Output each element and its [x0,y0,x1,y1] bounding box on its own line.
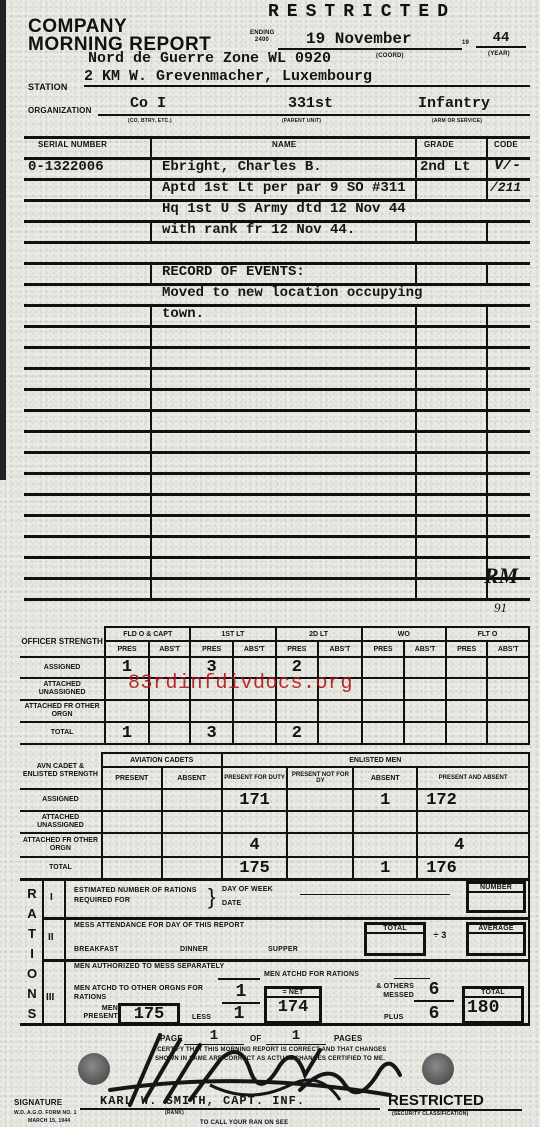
less-label: LESS [192,1014,211,1021]
row-label: ATTACHED UNASSIGNED [20,811,102,833]
cell [287,811,353,833]
cell [162,789,222,811]
grid-rule [24,367,530,370]
punch-hole-right [422,1053,454,1085]
cell [318,700,362,722]
cell [162,811,222,833]
signatory-name: KARL W. SMITH, CAPT. INF. [80,1094,380,1110]
cell [287,833,353,857]
header-serial-number: SERIAL NUMBER [38,140,107,149]
cell [487,722,529,744]
grid-divider [150,159,152,178]
cell [487,657,529,678]
sub-pres: PRES [362,641,405,657]
date-label: DATE [222,900,241,907]
cell: 4 [417,833,529,857]
grid-divider [150,516,152,535]
cell: 1 [353,789,417,811]
grid-divider [415,579,417,598]
cell [162,857,222,879]
grid-divider [486,159,488,178]
cell: 1 [353,857,417,879]
grid-divider [415,264,417,283]
classification-sublabel: (SECURITY CLASSIFICATION) [392,1111,468,1117]
cell: 175 [222,857,288,879]
grid-rule [24,577,530,580]
sub-abst: ABS'T [233,641,276,657]
rations-side-letter: I [26,944,38,964]
form-date: MARCH 15, 1944 [28,1118,70,1124]
cell [404,657,446,678]
enlisted-strength-table: AVN CADET & ENLISTED STRENGTH AVIATION C… [20,752,530,880]
cell [190,700,233,722]
scan-edge [0,0,6,480]
rations-side-letter: S [26,1004,38,1024]
grid-divider [486,453,488,472]
entry-remark-1: Aptd 1st Lt per par 9 SO #311 [162,180,406,196]
grid-rule [24,472,530,475]
supper-label: SUPPER [268,946,298,953]
margin-number: 91 [494,600,507,616]
report-date: 19 November [278,30,462,50]
row-label: ASSIGNED [20,657,105,678]
cell [222,811,288,833]
cell [362,657,405,678]
cell [362,700,405,722]
number-box: NUMBER [466,881,526,913]
entry-code-2: /211 [490,180,521,195]
grid-rule [24,451,530,454]
atchd-other-value: 1 [222,982,260,1004]
entry-code: V/- [494,157,521,174]
rations-side-letter: N [26,984,38,1004]
grid-rule [24,493,530,496]
entry-name: Ebright, Charles B. [162,159,322,175]
sub-present-not-for-duty: PRESENT NOT FOR DY [287,767,353,789]
grid-divider [415,390,417,409]
cell [276,700,319,722]
grid-rule [24,346,530,349]
org-arm-sublabel: (ARM OR SERVICE) [432,118,482,124]
cell [362,678,405,700]
cell [446,657,488,678]
grid-divider [486,390,488,409]
group-flt-o: FLT O [446,627,529,641]
classification-bottom: RESTRICTED [388,1092,522,1111]
cell [318,722,362,744]
grid-divider [486,474,488,493]
year-sublabel: (YEAR) [488,51,510,57]
enlisted-strength-title: AVN CADET & ENLISTED STRENGTH [20,753,102,789]
sub-absent: ABSENT [162,767,222,789]
grid-rule [24,241,530,244]
cell [102,811,162,833]
grid-divider [415,222,417,241]
cell [287,789,353,811]
org-company-sublabel: (CO, BTRY, ETC.) [128,118,172,124]
enlisted-row-assigned: ASSIGNED 171 1 172 [20,789,529,811]
group-1st-lt: 1ST LT [190,627,275,641]
row-label: ATTACHED FR OTHER ORGN [20,833,102,857]
grid-divider [150,495,152,514]
row-label: TOTAL [20,722,105,744]
day-of-week-line [300,894,450,895]
grid-divider [415,516,417,535]
grid-divider [415,432,417,451]
atchd-for-rations-line [394,978,430,979]
cell: 2 [276,722,319,744]
grid-divider [415,348,417,367]
grid-divider [486,495,488,514]
grid-divider [150,306,152,325]
grid-divider [150,411,152,430]
cell: 1 [105,722,149,744]
cell [487,700,529,722]
mess-separately-line [218,978,260,980]
number-box-label: NUMBER [469,884,523,893]
group-enlisted-men: ENLISTED MEN [222,753,529,767]
sub-abst: ABS'T [318,641,362,657]
entry-grade: 2nd Lt [420,159,470,175]
cell [287,857,353,879]
cell: 4 [222,833,288,857]
atchd-for-rations-value: 6 [414,980,454,1002]
cell: 3 [190,722,233,744]
grid-divider [486,369,488,388]
sub-absent-em: ABSENT [353,767,417,789]
enlisted-row-attached-other: ATTACHED FR OTHER ORGN 4 4 [20,833,529,857]
grid-divider [150,264,152,283]
officer-row-total: TOTAL 1 3 2 [20,722,529,744]
grid-divider [415,306,417,325]
cell [102,789,162,811]
header-name: NAME [272,140,296,149]
grid-divider [415,474,417,493]
rank-sublabel: (RANK) [165,1110,184,1116]
ending-label: ENDING 2400 [250,30,274,44]
grid-divider [486,432,488,451]
dinner-label: DINNER [180,946,208,953]
day-of-week-label: DAY OF WEEK [222,886,273,893]
group-aviation-cadets: AVIATION CADETS [102,753,222,767]
grid-rule [24,598,530,601]
grid-rule [24,430,530,433]
rations-total-value: 180 [465,998,521,1018]
org-unit-sublabel: (PARENT UNIT) [282,118,321,124]
grid-divider [150,390,152,409]
plus-value: 6 [414,1004,454,1024]
section-i-label: ESTIMATED NUMBER OF RATIONS REQUIRED FOR [74,886,209,906]
grid-divider [415,369,417,388]
org-company: Co I [130,95,166,112]
grid-divider [150,474,152,493]
grid-divider [150,180,152,199]
sub-pres: PRES [446,641,488,657]
officer-strength-title: OFFICER STRENGTH [20,627,105,657]
section-i-number: I [50,892,53,903]
grid-divider [486,222,488,241]
brace: } [208,884,215,910]
grid-divider [486,516,488,535]
cell [446,678,488,700]
year-prefix: 19 [462,40,469,46]
sub-pres: PRES [190,641,233,657]
rations-side-letter: A [26,904,38,924]
group-2d-lt: 2D LT [276,627,362,641]
grid-divider [415,138,417,157]
header-grade: GRADE [424,140,454,149]
signature-label: SIGNATURE [14,1098,62,1107]
rations-side-letter: R [26,884,38,904]
cell [417,811,529,833]
net-box: = NET 174 [264,986,322,1024]
grid-divider [415,537,417,556]
coord-sublabel: (COORD) [376,53,404,59]
entry-serial: 0-1322006 [28,159,104,175]
section-ii-label: MESS ATTENDANCE FOR DAY OF THIS REPORT [74,922,244,929]
bottom-note: TO CALL YOUR RAN ON SEE [200,1120,288,1126]
watermark: 83rdinfdivdocs.org [128,672,353,695]
grid-rule [24,556,530,559]
net-box-value: 174 [267,998,319,1018]
cell [233,722,276,744]
grid-divider [415,411,417,430]
cell: 176 [417,857,529,879]
total-box: TOTAL [364,922,426,956]
grid-rule [24,409,530,412]
atchd-for-rations-label-2: & OTHERSMESSED [330,982,414,1000]
grid-rule [24,388,530,391]
rations-total-label: TOTAL [465,989,521,998]
rations-side-label: RATIONS [26,884,38,1024]
divide-by-three: ÷ 3 [432,930,448,940]
form-number: W.D. A.G.O. FORM NO. 1 [14,1110,77,1116]
cell [149,722,191,744]
row-label: ATTACHED FR OTHER ORGN [20,700,105,722]
sub-present-and-absent: PRESENT AND ABSENT [417,767,529,789]
officer-row-attached-other: ATTACHED FR OTHER ORGN [20,700,529,722]
grid-divider [150,138,152,157]
grid-rule [24,136,530,139]
rations-side-letter: T [26,924,38,944]
report-year: 44 [476,30,526,48]
grid-rule [24,514,530,517]
row-label: ASSIGNED [20,789,102,811]
org-arm: Infantry [418,95,490,112]
cell [149,700,191,722]
cell [404,678,446,700]
enlisted-row-attached-unassigned: ATTACHED UNASSIGNED [20,811,529,833]
cell [446,700,488,722]
sub-abst: ABS'T [404,641,446,657]
plus-label: PLUS [384,1014,403,1021]
grid-divider [486,138,488,157]
header-code: CODE [494,140,518,149]
sub-pres: PRES [276,641,319,657]
grid-divider [415,558,417,577]
cell [162,833,222,857]
men-present-value: 175 [118,1003,180,1025]
grid-divider [415,453,417,472]
station-value: 2 KM W. Grevenmacher, Luxembourg [84,68,530,87]
classification-top: RESTRICTED [268,2,456,22]
men-present-label: MEN PRESENT [68,1005,118,1021]
entry-remark-2: Hq 1st U S Army dtd 12 Nov 44 [162,201,406,217]
organization-label: ORGANIZATION [28,106,92,115]
grid-divider [486,180,488,199]
average-box: AVERAGE [466,922,526,956]
row-label: TOTAL [20,857,102,879]
grid-rule [24,304,530,307]
sub-present: PRESENT [102,767,162,789]
grid-divider [150,432,152,451]
rations-side-letter: O [26,964,38,984]
row-label: ATTACHED UNASSIGNED [20,678,105,700]
margin-initials: RM [484,563,518,589]
cell [102,833,162,857]
grid-rule [24,325,530,328]
grid-divider [150,222,152,241]
group-fld-o-capt: FLD O & CAPT [105,627,190,641]
sub-abst: ABS'T [487,641,529,657]
average-box-label: AVERAGE [469,925,523,934]
grid-divider [486,264,488,283]
group-wo: WO [362,627,446,641]
mess-separately-label: MEN AUTHORIZED TO MESS SEPARATELY [74,962,234,971]
cell [446,722,488,744]
grid-divider [415,159,417,178]
record-of-events-heading: RECORD OF EVENTS: [162,264,305,280]
grid-divider [415,327,417,346]
cell [353,811,417,833]
grid-rule [24,535,530,538]
cell [233,700,276,722]
atchd-other-label: MEN ATCHD TO OTHER ORGNS FOR RATIONS [74,984,224,1002]
grid-divider [415,495,417,514]
grid-divider [150,348,152,367]
location-line: Nord de Guerre Zone WL 0920 [88,50,331,67]
sub-present-for-duty: PRESENT FOR DUTY [222,767,288,789]
cell: 172 [417,789,529,811]
org-unit: 331st [288,95,333,112]
record-of-events-line-2: town. [162,306,204,322]
grid-divider [150,579,152,598]
net-box-label: = NET [267,989,319,998]
grid-divider [486,411,488,430]
grid-divider [415,180,417,199]
grid-divider [486,537,488,556]
grid-divider [150,327,152,346]
section-iii-number: III [46,992,54,1003]
less-value: 1 [218,1004,260,1024]
grid-divider [486,306,488,325]
cell: 171 [222,789,288,811]
grid-divider [150,558,152,577]
sub-abst: ABS'T [149,641,191,657]
cell [362,722,405,744]
cell [102,857,162,879]
cell [404,700,446,722]
atchd-for-rations-label-1: MEN ATCHD FOR RATIONS [264,971,359,978]
cell [353,833,417,857]
grid-divider [486,327,488,346]
station-label: STATION [28,82,68,92]
grid-divider [150,453,152,472]
grid-divider [486,348,488,367]
section-ii-number: II [48,932,54,943]
breakfast-label: BREAKFAST [74,946,119,953]
rations-total-box: TOTAL 180 [462,986,524,1024]
enlisted-row-total: TOTAL 175 1 176 [20,857,529,879]
record-of-events-line-1: Moved to new location occupying [162,285,422,301]
entry-remark-3: with rank fr 12 Nov 44. [162,222,355,238]
cell [487,678,529,700]
grid-divider [150,369,152,388]
total-box-label: TOTAL [367,925,423,934]
cell [105,700,149,722]
cell [404,722,446,744]
sub-pres: PRES [105,641,149,657]
grid-divider [150,537,152,556]
